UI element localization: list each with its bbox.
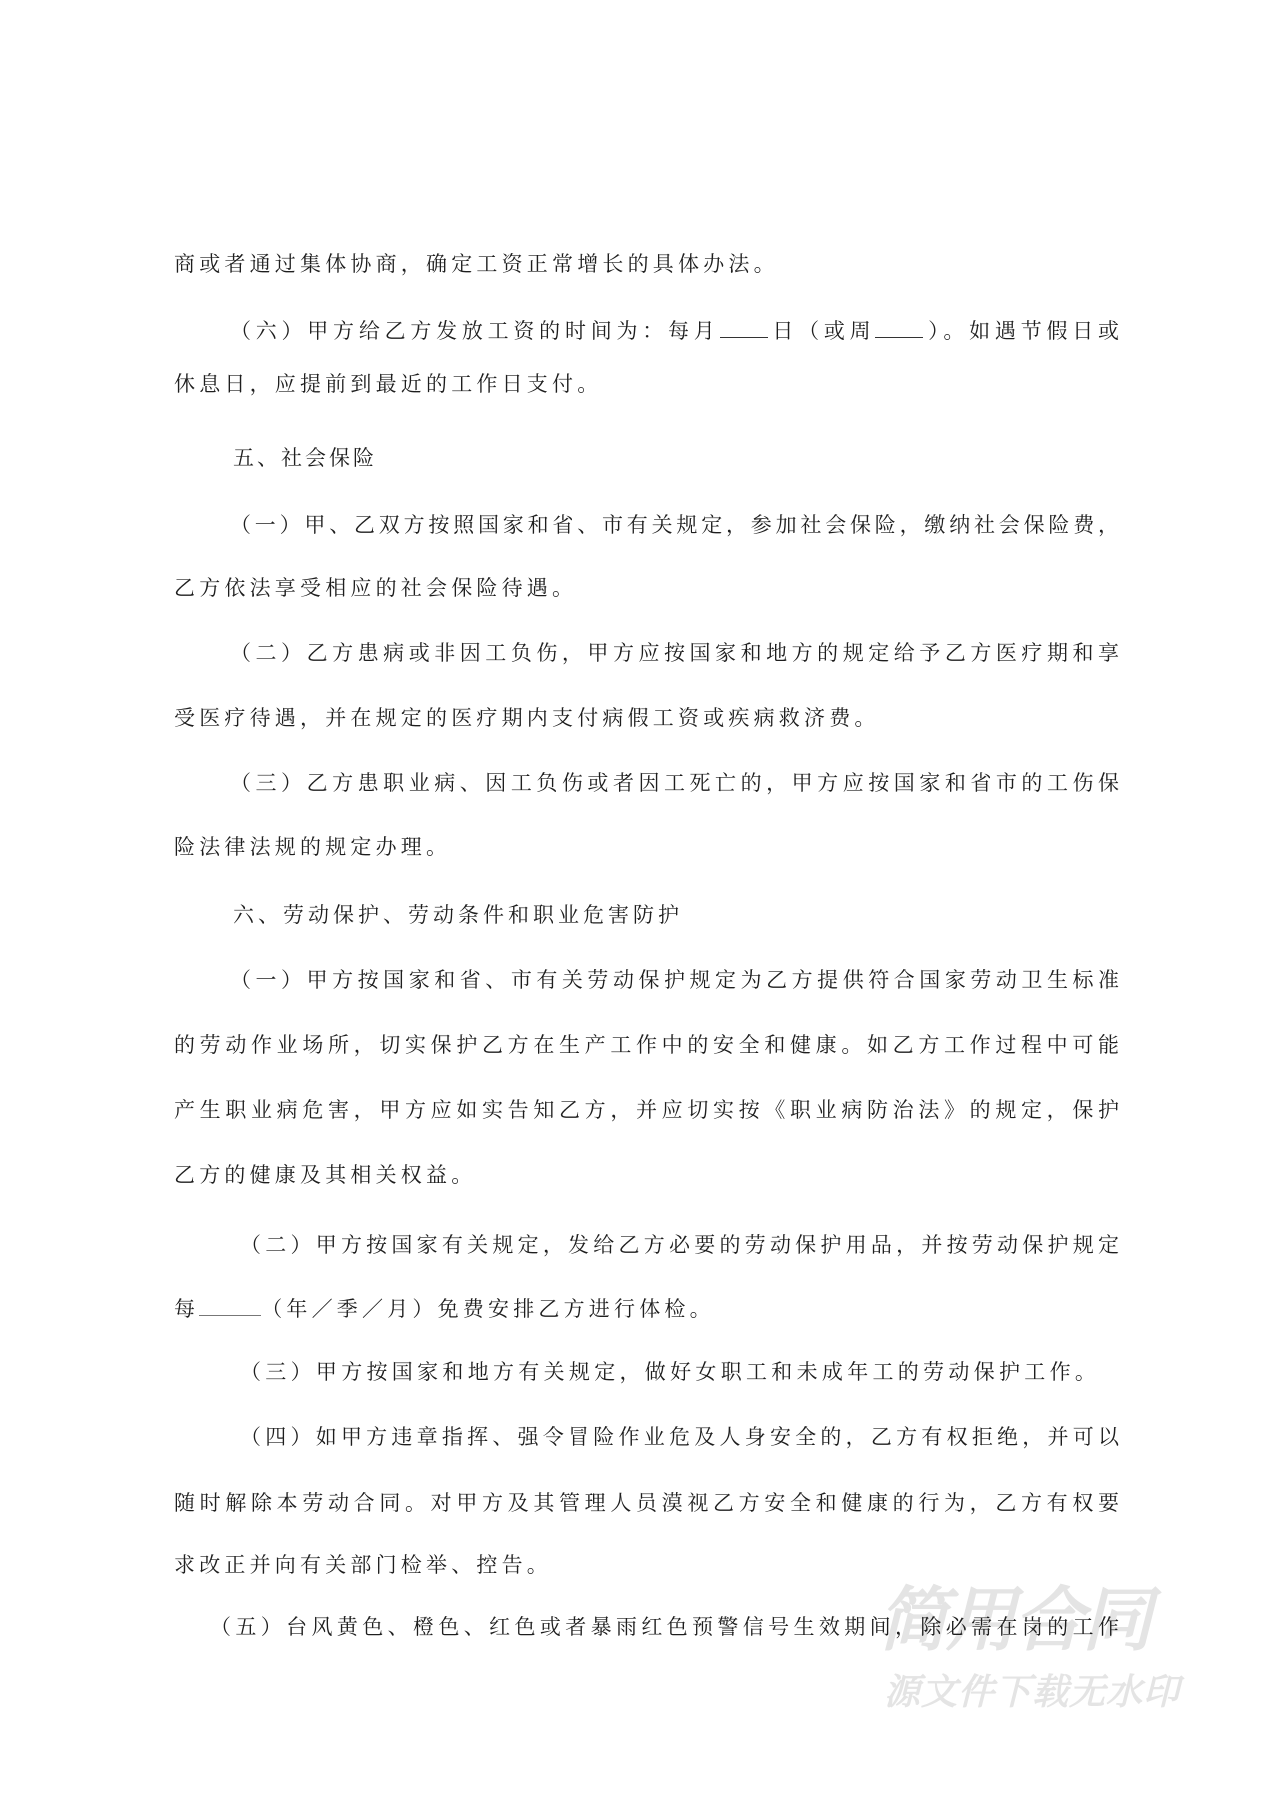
pay-day-blank[interactable]: [720, 315, 768, 338]
document-page: 简用合同 源文件下载无水印 商或者通过集体协商，确定工资正常增长的具体办法。 （…: [0, 0, 1280, 1810]
paragraph-line: 受医疗待遇，并在规定的医疗期内支付病假工资或疾病救济费。: [174, 703, 1119, 733]
paragraph-line: （二）甲方按国家有关规定，发给乙方必要的劳动保护用品，并按劳动保护规定: [240, 1230, 1119, 1260]
pay-week-blank[interactable]: [875, 315, 923, 338]
paragraph-line: 休息日，应提前到最近的工作日支付。: [174, 369, 1119, 399]
paragraph-line: 产生职业病危害，甲方应如实告知乙方，并应切实按《职业病防治法》的规定，保护: [174, 1095, 1119, 1125]
pay-time-text: （六）甲方给乙方发放工资的时间为：每月: [230, 319, 720, 343]
paragraph-line: 商或者通过集体协商，确定工资正常增长的具体办法。: [174, 249, 1119, 279]
pay-holiday-text: ）。如遇节假日或: [923, 319, 1119, 343]
section-heading-labor-protection: 六、劳动保护、劳动条件和职业危害防护: [233, 900, 1178, 930]
paragraph-line: （五）台风黄色、橙色、红色或者暴雨红色预警信号生效期间，除必需在岗的工作: [210, 1612, 1119, 1642]
checkup-prefix: 每: [174, 1297, 199, 1321]
paragraph-line: （二）乙方患病或非因工负伤，甲方应按国家和地方的规定给予乙方医疗期和享: [230, 638, 1119, 668]
paragraph-line: 求改正并向有关部门检举、控告。: [174, 1550, 1119, 1580]
document-body: 商或者通过集体协商，确定工资正常增长的具体办法。 （六）甲方给乙方发放工资的时间…: [0, 0, 1280, 1810]
paragraph-line: （三）乙方患职业病、因工负伤或者因工死亡的，甲方应按国家和省市的工伤保: [230, 768, 1119, 798]
pay-day-suffix: 日（或周: [768, 319, 876, 343]
paragraph-line: （一）甲方按国家和省、市有关劳动保护规定为乙方提供符合国家劳动卫生标准: [230, 965, 1119, 995]
paragraph-line: 随时解除本劳动合同。对甲方及其管理人员漠视乙方安全和健康的行为，乙方有权要: [174, 1488, 1119, 1518]
checkup-frequency-blank[interactable]: [199, 1293, 261, 1316]
paragraph-line: 的劳动作业场所，切实保护乙方在生产工作中的安全和健康。如乙方工作过程中可能: [174, 1030, 1119, 1060]
paragraph-line: （四）如甲方违章指挥、强令冒险作业危及人身安全的，乙方有权拒绝，并可以: [240, 1422, 1119, 1452]
paragraph-line-pay-time: （六）甲方给乙方发放工资的时间为：每月日（或周）。如遇节假日或: [230, 315, 1119, 345]
checkup-text: （年／季／月）免费安排乙方进行体检。: [261, 1297, 715, 1321]
paragraph-line: （一）甲、乙双方按照国家和省、市有关规定，参加社会保险，缴纳社会保险费，: [230, 510, 1119, 540]
paragraph-line: 乙方依法享受相应的社会保险待遇。: [174, 573, 1119, 603]
paragraph-line-checkup: 每（年／季／月）免费安排乙方进行体检。: [174, 1293, 1119, 1323]
paragraph-line: 险法律法规的规定办理。: [174, 832, 1119, 862]
paragraph-line: （三）甲方按国家和地方有关规定，做好女职工和未成年工的劳动保护工作。: [240, 1357, 1185, 1387]
paragraph-line: 乙方的健康及其相关权益。: [174, 1160, 1119, 1190]
section-heading-social-insurance: 五、社会保险: [233, 443, 1178, 473]
